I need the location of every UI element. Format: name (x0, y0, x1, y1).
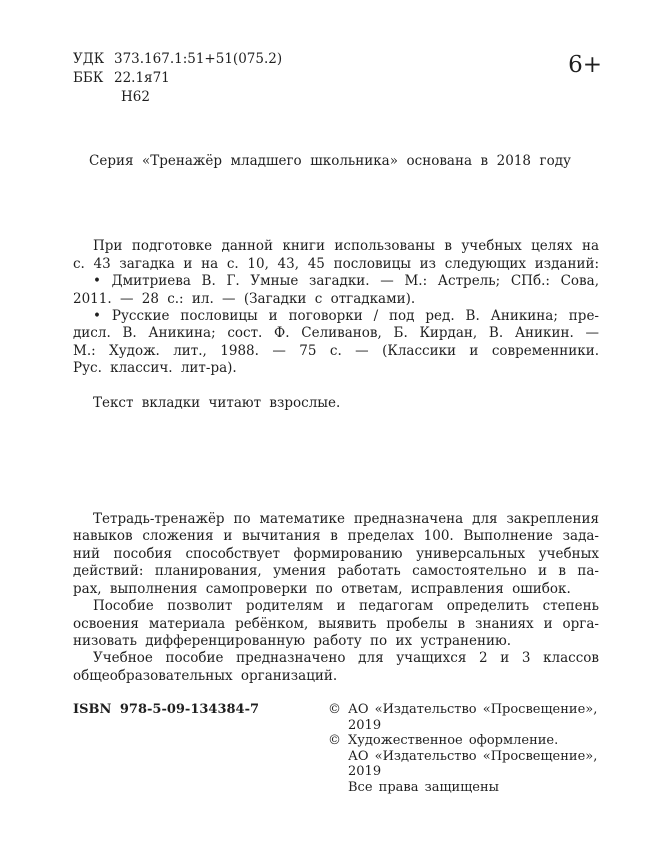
text-line: общеобразовательных организаций. (73, 668, 599, 685)
text-line: М.: Худож. лит., 1988. — 75 с. — (Класси… (73, 343, 599, 360)
copyright-block: © АО «Издательство «Просвещение», 2019 ©… (328, 702, 599, 795)
copyright-text: АО «Издательство «Просвещение», 2019 (348, 749, 599, 780)
copyright-line: © АО «Издательство «Просвещение», 2019 (328, 702, 599, 733)
copyright-symbol: © (328, 733, 348, 749)
bbk-row: ББК22.1я71 (73, 69, 599, 88)
text-line: низовать дифференцированную работу по их… (73, 633, 599, 650)
text-line: 2011. — 28 с.: ил. — (Загадки с отгадкам… (73, 291, 599, 308)
copyright-text: Художественное оформление. (348, 733, 599, 749)
copyright-line: Все права защищены (328, 780, 599, 796)
text-line: Тетрадь-тренажёр по математике предназна… (73, 511, 599, 528)
text-line: Учебное пособие предназначено для учащих… (73, 650, 599, 667)
text-line: Пособие позволит родителям и педагогам о… (73, 598, 599, 615)
copyright-line: АО «Издательство «Просвещение», 2019 (328, 749, 599, 780)
udk-value: 373.167.1:51+51(075.2) (114, 51, 282, 67)
note-line: Текст вкладки читают взрослые. (73, 395, 599, 412)
age-rating-badge: 6+ (568, 54, 602, 77)
copyright-line: © Художественное оформление. (328, 733, 599, 749)
copyright-symbol (328, 780, 348, 796)
note-paragraph: Текст вкладки читают взрослые. (73, 395, 599, 412)
text-line: рах, выполнения самопроверки по ответам,… (73, 581, 599, 598)
imprint-page: УДК373.167.1:51+51(075.2) ББК22.1я71 Н62… (0, 0, 650, 865)
text-line: действий: планирования, умения работать … (73, 563, 599, 580)
sources-paragraph: При подготовке данной книги использованы… (73, 238, 599, 377)
annotation: Тетрадь-тренажёр по математике предназна… (73, 511, 599, 685)
isbn: ISBN 978-5-09-134384-7 (73, 702, 259, 718)
bullet-item-line: • Русские пословицы и поговорки / под ре… (73, 308, 599, 325)
text-line: с. 43 загадка и на с. 10, 43, 45 послови… (73, 256, 599, 273)
bbk-label: ББК (73, 69, 114, 88)
text-line: освоения материала ребёнком, выявить про… (73, 616, 599, 633)
copyright-text: Все права защищены (348, 780, 599, 796)
text-line: дисл. В. Аникина; сост. Ф. Селиванов, Б.… (73, 325, 599, 342)
text-line: При подготовке данной книги использованы… (73, 238, 599, 255)
udk-label: УДК (73, 50, 114, 69)
bullet-item-line: • Дмитриева В. Г. Умные загадки. — М.: А… (73, 273, 599, 290)
udk-row: УДК373.167.1:51+51(075.2) (73, 50, 599, 69)
classification-codes: УДК373.167.1:51+51(075.2) ББК22.1я71 Н62 (73, 50, 599, 107)
imprint-footer: ISBN 978-5-09-134384-7 © АО «Издательств… (73, 702, 599, 795)
copyright-text: АО «Издательство «Просвещение», 2019 (348, 702, 599, 733)
text-line: навыков сложения и вычитания в пределах … (73, 528, 599, 545)
copyright-symbol: © (328, 702, 348, 733)
text-line: ний пособия способствует формированию ун… (73, 546, 599, 563)
series-line: Серия «Тренажёр младшего школьника» осно… (73, 153, 599, 170)
bbk-value: 22.1я71 (114, 70, 170, 86)
author-code: Н62 (121, 89, 150, 105)
copyright-symbol (328, 749, 348, 780)
text-line: Рус. классич. лит-ра). (73, 360, 599, 377)
author-code-row: Н62 (73, 88, 599, 107)
